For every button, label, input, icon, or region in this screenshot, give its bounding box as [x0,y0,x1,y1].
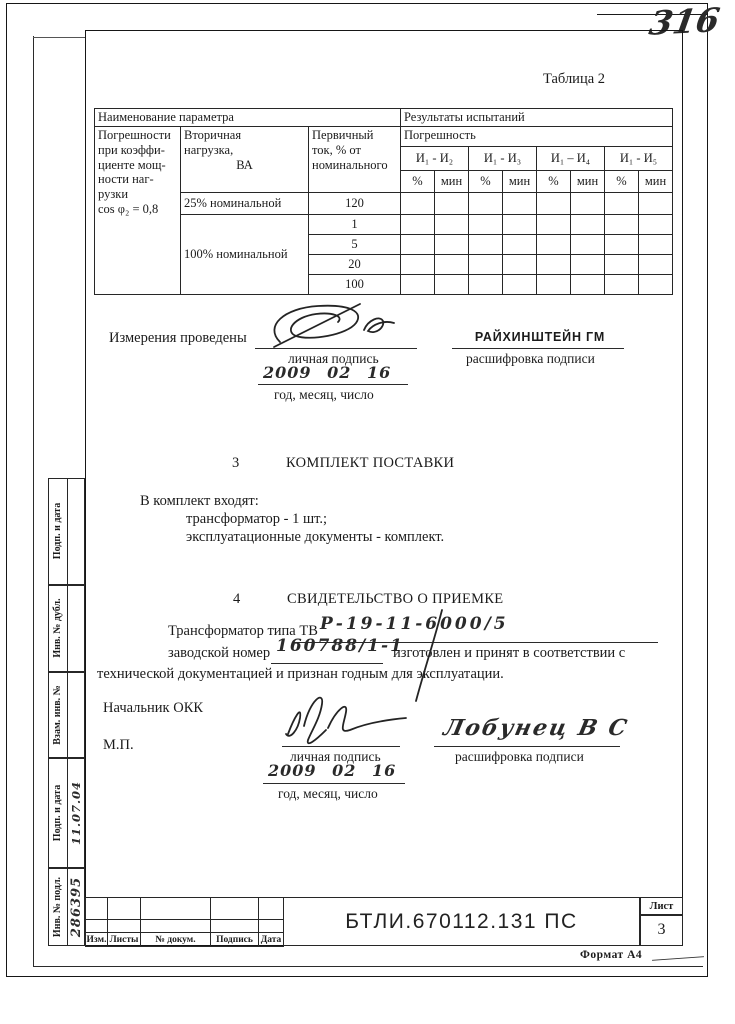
result-cell [503,235,537,255]
serial-prefix: заводской номер [168,645,270,662]
measurer-name-stamp: РАЙХИНШТЕЙН ГМ [455,330,625,344]
signature-line [282,746,400,747]
result-cell [639,235,673,255]
pair-header-1-5: И₁ - И₅ [605,147,673,171]
result-cell [571,275,605,295]
result-cell [571,215,605,235]
result-cell [605,235,639,255]
result-cell [469,215,503,235]
result-cell [571,255,605,275]
name-caption: расшифровка подписи [455,749,584,765]
result-cell [401,275,435,295]
measurements-date: 2009 02 16 [263,363,391,382]
margin-stamp-label: Взам. инв. № [50,665,64,765]
sheet-top-edge-line [33,37,86,38]
result-cell [639,193,673,215]
pair-header-1-3: И₁ - И₃ [469,147,537,171]
revision-cell [259,920,284,933]
sheet-bottom-edge-line [33,966,703,967]
result-cell [435,235,469,255]
result-cell [435,193,469,215]
result-cell [401,235,435,255]
pct-header: % [401,171,435,193]
primary-current-header: Первичный ток, % от номинального [309,127,401,193]
min-header: мин [571,171,605,193]
param-line: рузки [98,187,177,202]
load-100-cell: 100% номинальной [181,215,309,295]
revision-cell [141,920,211,933]
name-line [452,348,624,349]
error-header: Погрешность [401,127,673,147]
min-header: мин [435,171,469,193]
date-line [263,783,405,784]
header-test-results: Результаты испытаний [401,109,673,127]
current-value-cell: 100 [309,275,401,295]
format-label: Формат А4 [580,949,642,961]
result-cell [401,215,435,235]
revision-col-header: Дата [259,933,284,947]
pct-header: % [537,171,571,193]
margin-stamp-label: Инв. № дубл. [50,578,64,678]
results-table: Наименование параметра Результаты испыта… [94,108,673,295]
name-line [434,746,620,747]
section3-title: КОМПЛЕКТ ПОСТАВКИ [286,455,454,472]
revision-col-header: Изм. [86,933,108,947]
result-cell [401,255,435,275]
result-cell [537,235,571,255]
okk-chief-name-handwritten: Лобунец В С [441,715,631,741]
date-caption: год, месяц, число [274,387,374,403]
param-line: Погрешности [98,128,177,143]
param-line: ности наг- [98,172,177,187]
section3-item: эксплуатационные документы - комплект. [186,529,444,546]
revision-table: Изм. Листы № докум. Подпись Дата [85,897,284,947]
result-cell [605,255,639,275]
header-parameter-name: Наименование параметра [95,109,401,127]
result-cell [605,275,639,295]
serial-handwritten-value: 160788/1-1 [276,636,404,656]
serial-line [271,663,383,664]
stamp-divider [67,586,68,671]
revision-col-header: Листы [108,933,141,947]
result-cell [605,215,639,235]
pair-header-1-4: И₁ – И₄ [537,147,605,171]
load-25-cell: 25% номинальной [181,193,309,215]
current-value-cell: 20 [309,255,401,275]
current-line: ток, % от [312,143,397,158]
result-cell [401,193,435,215]
parameter-description-cell: Погрешности при коэффи- циенте мощ- ност… [95,127,181,295]
measurer-signature [258,300,408,350]
load-line: ВА [184,158,305,173]
result-cell [435,275,469,295]
result-cell [469,235,503,255]
revision-cell [86,920,108,933]
okk-chief-label: Начальник ОКК [103,700,203,717]
load-line: нагрузка, [184,143,305,158]
revision-cell [86,898,108,920]
current-line: Первичный [312,128,397,143]
measurements-label: Измерения проведены [109,330,247,347]
margin-stamp-label: Инв. № подл. [50,857,64,957]
stamp-divider [67,759,68,867]
section3-number: 3 [232,455,239,472]
result-cell [639,275,673,295]
result-cell [435,215,469,235]
revision-cell [259,898,284,920]
revision-cell [141,898,211,920]
param-line: циенте мощ- [98,158,177,173]
result-cell [469,275,503,295]
section3-item: трансформатор - 1 шт.; [186,511,327,528]
revision-cell [108,920,141,933]
date-line [258,384,408,385]
result-cell [537,275,571,295]
date-caption: год, месяц, число [278,786,378,802]
section4-number: 4 [233,591,240,608]
margin-stamp-inventory-number: 286395 [69,857,83,957]
secondary-load-header: Вторичная нагрузка, ВА [181,127,309,193]
stamp-place-label: М.П. [103,737,134,754]
table-caption: Таблица 2 [543,71,605,88]
param-line: при коэффи- [98,143,177,158]
section3-intro: В комплект входят: [140,493,259,510]
margin-stamp-handwritten-date: 11.07.04 [69,763,83,863]
sheet-number-cell: 3 [640,914,683,946]
sheet-left-edge-line [33,36,34,967]
stray-signature-stroke [408,607,452,705]
result-cell [571,193,605,215]
okk-signature [272,690,412,746]
result-cell [469,255,503,275]
current-value-cell: 5 [309,235,401,255]
revision-cell [108,898,141,920]
pair-header-1-2: И₁ - И₂ [401,147,469,171]
pct-header: % [469,171,503,193]
result-cell [503,275,537,295]
signature-line [255,348,417,349]
margin-stamp-label: Подп. и дата [50,763,64,863]
result-cell [503,255,537,275]
revision-cell [211,898,259,920]
current-value-cell: 120 [309,193,401,215]
name-caption: расшифровка подписи [466,351,595,367]
pct-header: % [605,171,639,193]
result-cell [435,255,469,275]
revision-col-header: № докум. [141,933,211,947]
result-cell [537,255,571,275]
document-number: БТЛИ.670112.131 ПС [283,897,640,946]
result-cell [537,193,571,215]
revision-col-header: Подпись [211,933,259,947]
load-line: Вторичная [184,128,305,143]
result-cell [571,235,605,255]
revision-cell [211,920,259,933]
min-header: мин [503,171,537,193]
min-header: мин [639,171,673,193]
current-line: номинального [312,158,397,173]
result-cell [605,193,639,215]
param-line: cos φ₂ = 0,8 [98,202,177,217]
result-cell [503,193,537,215]
margin-stamp-label: Подп. и дата [50,481,64,581]
stamp-divider [67,673,68,757]
result-cell [537,215,571,235]
result-cell [639,215,673,235]
document-page: 316 Таблица 2 Наименование параметра Рез… [0,0,735,1024]
current-value-cell: 1 [309,215,401,235]
result-cell [469,193,503,215]
result-cell [503,215,537,235]
result-cell [639,255,673,275]
stamp-divider [67,479,68,584]
acceptance-date: 2009 02 16 [268,761,396,780]
section4-title: СВИДЕТЕЛЬСТВО О ПРИЕМКЕ [287,591,503,608]
